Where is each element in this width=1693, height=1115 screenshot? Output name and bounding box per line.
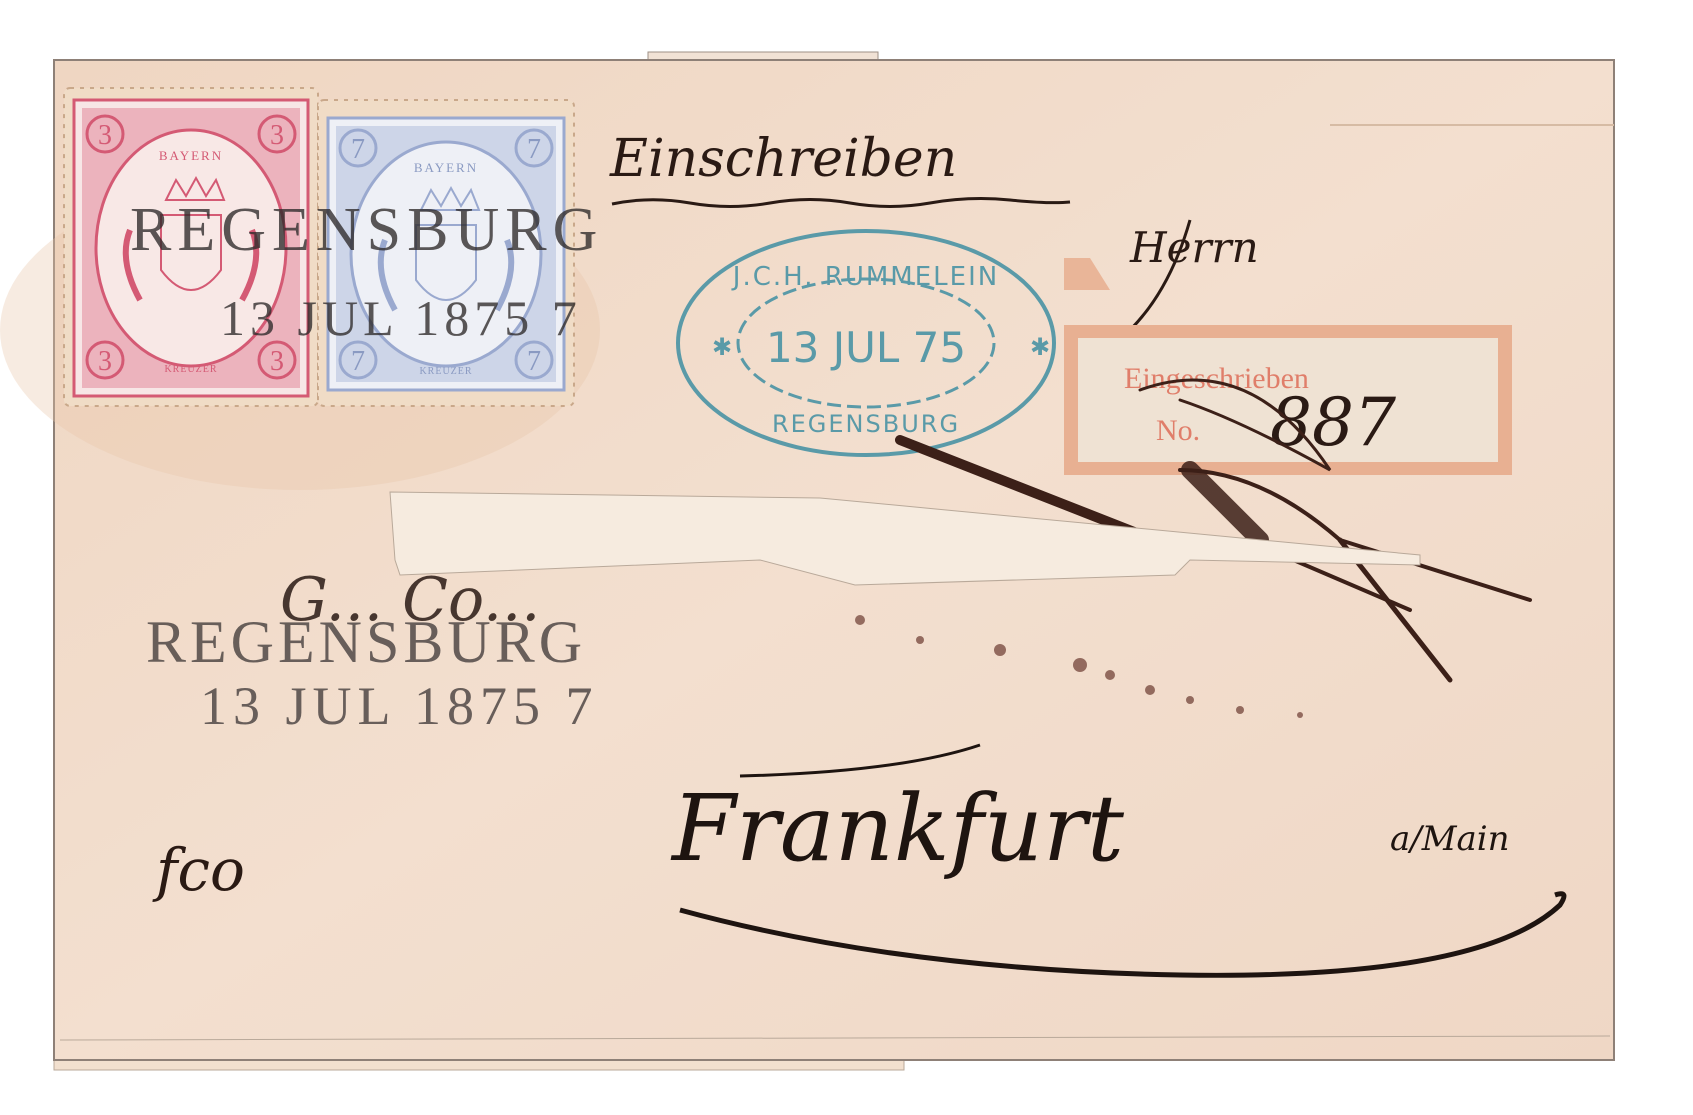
- svg-text:13 JUL 1875 7: 13 JUL 1875 7: [220, 290, 582, 346]
- franco-mark-handwritten: fco: [152, 836, 245, 904]
- stamp-value-bl: 3: [98, 346, 112, 377]
- svg-text:REGENSBURG: REGENSBURG: [772, 410, 960, 438]
- destination-suffix: a/Main: [1390, 819, 1510, 859]
- svg-text:13 JUL 1875 7: 13 JUL 1875 7: [200, 676, 599, 736]
- envelope-photo: 3 3 3 3 BAYERN KREUZER 7 7 7 7 BAYERN KR…: [0, 0, 1693, 1115]
- asterisk-ornament-icon: ✱: [712, 333, 732, 361]
- stamp-value-tl: 3: [98, 120, 112, 151]
- destination-city: Frankfurt: [670, 775, 1125, 882]
- svg-text:Herrn: Herrn: [1129, 223, 1259, 272]
- svg-text:REGENSBURG: REGENSBURG: [146, 609, 586, 675]
- svg-text:J.C.H. RUMMELEIN: J.C.H. RUMMELEIN: [731, 262, 999, 292]
- svg-text:13 JUL 75: 13 JUL 75: [766, 323, 966, 372]
- stamp-value-tr: 7: [527, 134, 541, 165]
- stamp-value-br: 7: [527, 346, 541, 377]
- svg-text:REGENSBURG: REGENSBURG: [130, 196, 603, 264]
- stamp-currency: KREUZER: [419, 366, 472, 377]
- asterisk-ornament-icon: ✱: [1030, 333, 1050, 361]
- stamp-value-bl: 7: [351, 346, 365, 377]
- label-number-prefix: No.: [1156, 414, 1200, 447]
- stamp-country: BAYERN: [414, 160, 478, 175]
- stamp-value-tr: 3: [270, 120, 284, 151]
- stamp-country: BAYERN: [159, 148, 223, 163]
- stamp-currency: KREUZER: [164, 364, 217, 375]
- svg-text:fco: fco: [152, 836, 245, 904]
- svg-text:Einschreiben: Einschreiben: [609, 129, 957, 189]
- regensburg-postmark: REGENSBURG 13 JUL 1875 7: [146, 609, 599, 736]
- stamp-value-br: 3: [270, 346, 284, 377]
- stamp-value-tl: 7: [351, 134, 365, 165]
